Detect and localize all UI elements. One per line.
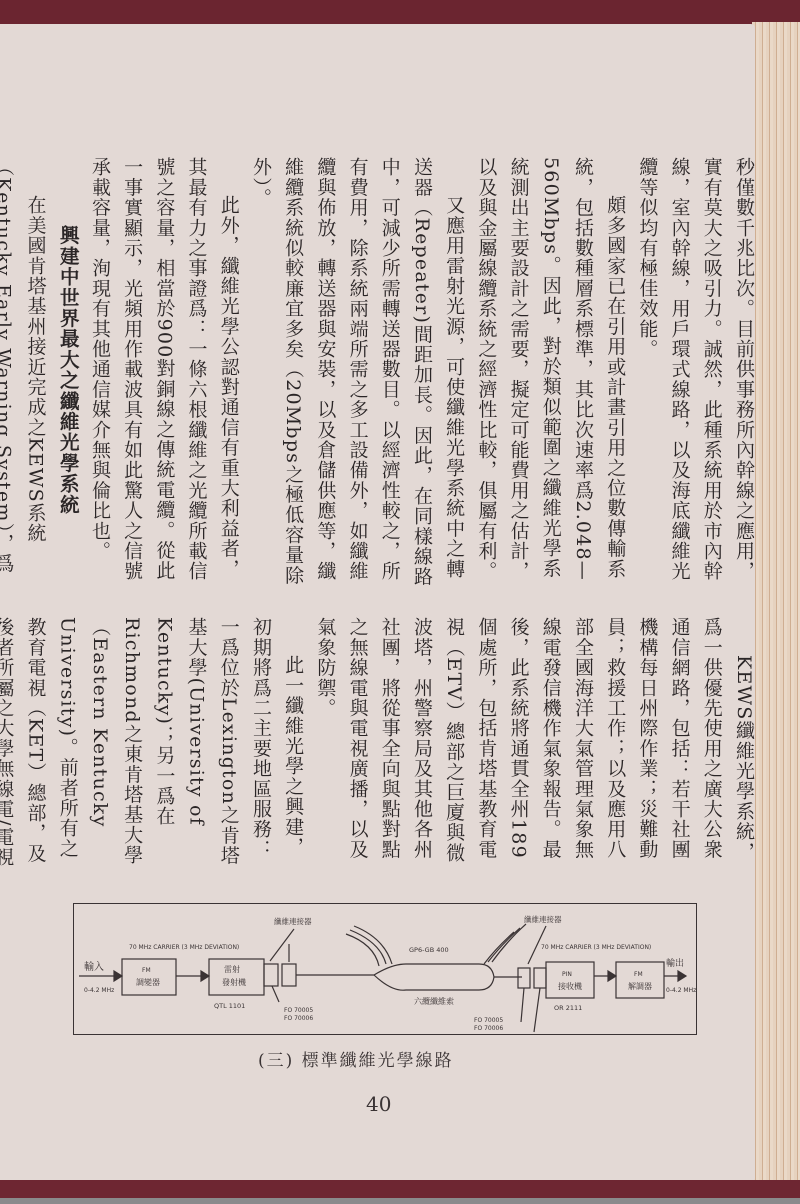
paragraph: 在美國肯塔基州接近完成之KEWS系統（Kentucky Early Warnin… [0,157,52,587]
output-label: 輸出 [666,957,684,969]
paragraph: 秒僅數千兆比次。目前供事務所內幹線之應用，實有莫大之吸引力。誠然，此種系統用於市… [631,157,760,587]
fm-demodulator-label: FM [634,971,643,978]
paragraph: 此外，纖維光學公認對通信有重大利益者，其最有力之事證爲：一條六根纖維之光纜所載信… [84,157,245,587]
receiver-label: PIN [562,971,572,978]
paragraph: 又應用雷射光源，可使纖維光學系統中之轉送器（Repeater)間距加長。因此，在… [245,157,470,587]
input-label: 輸入 [84,960,104,973]
carrier-left-label: 70 MHz CARRIER (3 MHz DEVIATION) [129,944,239,951]
fm-modulator-cn: 調變器 [136,977,160,987]
diagram-svg: 輸入 0-4.2 MHz FM 調變器 雷射 發射機 QTL 1101 70 M… [74,904,696,1034]
section-heading: 興建中世界最大之纖維光學系統 [52,157,84,587]
paragraph: 頗多國家已在引用或計畫引用之位數傳輸系統，包括數種層系標準，其比次速率爲2.04… [470,157,631,587]
lower-text-block: KEWS纖維光學系統，爲一供優先使用之廣大公衆通信網路，包括：若干社團機構每日州… [114,617,760,874]
connector-left-label: 纖維連接器 [274,916,312,926]
carrier-right-label: 70 MHz CARRIER (3 MHz DEVIATION) [541,944,651,951]
output-frequency: 0-4.2 MHz [666,987,696,994]
paragraph: 此一纖維光學之興建，初期將爲二主要地區服務：一爲位於Lexington之肯塔基大… [0,617,309,874]
page-number: 40 [366,1092,391,1116]
receiver-model: OR 2111 [554,1004,582,1012]
cable-label: GP6-GB 400 [409,946,449,954]
input-frequency: 0-4.2 MHz [84,987,114,994]
receiver-cn: 接收機 [558,981,583,991]
connector-right-model-2: FO 70006 [474,1025,503,1032]
fm-demodulator-cn: 解調器 [628,981,652,991]
connector-left-model-1: FO 70005 [284,1007,313,1014]
transmitter-cn: 發射機 [222,977,247,987]
connector-left-model-2: FO 70006 [284,1015,313,1022]
connector-right-label: 纖維連接器 [524,914,562,924]
upper-text-block: 秒僅數千兆比次。目前供事務所內幹線之應用，實有莫大之吸引力。誠然，此種系統用於市… [114,157,760,587]
fm-modulator-label: FM [142,967,151,974]
cable-cn-label: 六纜纖維索 [414,996,454,1006]
paragraph: KEWS纖維光學系統，爲一供優先使用之廣大公衆通信網路，包括：若干社團機構每日州… [309,617,760,874]
book-cover-bottom-edge [0,1180,800,1198]
connector-right-model-1: FO 70005 [474,1017,503,1024]
transmitter-label: 雷射 [224,964,240,974]
fiber-optic-link-diagram: 輸入 0-4.2 MHz FM 調變器 雷射 發射機 QTL 1101 70 M… [73,903,697,1035]
book-cover-top-edge [0,0,800,26]
figure-caption: (三) 標準纖維光學線路 [258,1046,454,1071]
transmitter-model: QTL 1101 [214,1002,245,1010]
